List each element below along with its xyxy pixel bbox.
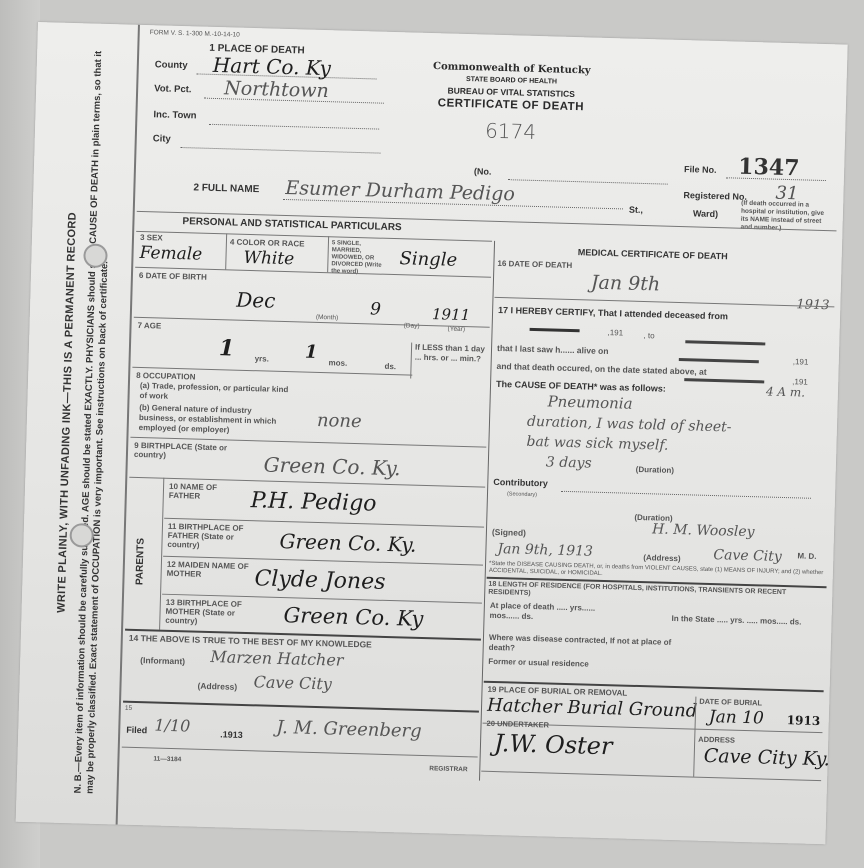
mother-name-label: 12 MAIDEN NAME OF MOTHER [167, 560, 257, 581]
file-no-value: 1347 [738, 154, 800, 182]
informant-label: (Informant) [140, 655, 185, 666]
burial-date-value: Jan 10 [709, 707, 764, 729]
md-label: M. D. [797, 551, 816, 561]
informant-address-value: Cave City [253, 672, 332, 693]
medical-address-value: Cave City [713, 547, 782, 565]
registrar-signature: J. M. Greenberg [276, 717, 422, 742]
residence-in-state: In the State ..... yrs. ..... mos..... d… [671, 614, 821, 628]
parents-side-label: PARENTS [134, 538, 146, 585]
burial-place-value: Hatcher Burial Ground [487, 695, 698, 722]
undertaker-address-value: Cave City Ky. [703, 745, 830, 771]
margin-strip: WRITE PLAINLY, WITH UNFADING INK—THIS IS… [16, 22, 140, 825]
signed-value: H. M. Woosley [652, 521, 755, 540]
last-saw-text: that I last saw h...... alive on [497, 343, 609, 356]
filed-year: .1913 [220, 729, 243, 740]
ink-notice: WRITE PLAINLY, WITH UNFADING INK—THIS IS… [56, 212, 79, 613]
informant-value: Marzen Hatcher [210, 647, 344, 670]
mother-birthplace-label: 13 BIRTHPLACE OF MOTHER (State or countr… [165, 598, 256, 628]
burial-year-value: 1913 [787, 713, 821, 728]
sex-label: 3 SEX [140, 233, 163, 243]
from-year: ,191 [607, 328, 623, 337]
medical-address-label: (Address) [643, 553, 681, 563]
signed-date: Jan 9th, 1913 [497, 541, 593, 560]
birthplace-label: 9 BIRTHPLACE (State or country) [134, 441, 254, 462]
registered-no-label: Registered No. [683, 190, 747, 202]
residence-at-place: At place of death ..... yrs...... mos...… [489, 601, 610, 624]
burial-date-label: DATE OF BURIAL [699, 697, 762, 708]
time-of-death: 4 A m. [766, 384, 806, 399]
full-name-value: Esumer Durham Pedigo [285, 177, 515, 205]
cause-line-4: 3 days [546, 454, 592, 471]
mother-name-value: Clyde Jones [254, 566, 386, 595]
cause-label: The CAUSE OF DEATH* was as follows: [496, 379, 666, 394]
occupation-value: none [317, 410, 362, 432]
personal-section-title: PERSONAL AND STATISTICAL PARTICULARS [182, 216, 401, 233]
age-months: 1 [305, 342, 318, 363]
vot-pct-value: Northtown [224, 77, 329, 102]
registrar-label: REGISTRAR [429, 765, 467, 773]
date-of-death-label: 16 DATE OF DEATH [497, 259, 572, 270]
sex-value: Female [139, 243, 202, 265]
cause-line-3: bat was sick myself. [526, 434, 668, 454]
former-residence: Former or usual residence [488, 657, 608, 670]
race-value: White [243, 248, 294, 269]
father-birthplace-label: 11 BIRTHPLACE OF FATHER (State or countr… [167, 522, 258, 552]
medical-section-title: MEDICAL CERTIFICATE OF DEATH [578, 247, 728, 261]
file-no-label: File No. [684, 164, 717, 175]
ward-label: Ward) [693, 208, 718, 219]
filed-section-no: 15 [125, 705, 132, 712]
county-value: Hart Co. Ky [213, 53, 332, 80]
st-label: St., [629, 205, 643, 215]
city-label: City [153, 133, 171, 144]
father-name-label: 10 NAME OF FATHER [169, 482, 249, 502]
occupation-b: (b) General nature of industry business,… [139, 403, 290, 437]
yrs-label: yrs. [255, 354, 269, 363]
instructions: N. B.—Every item of information should b… [72, 34, 117, 794]
filed-date: 1/10 [154, 716, 190, 736]
birthplace-value: Green Co. Ky. [263, 452, 400, 480]
form-number: FORM V. S. 1-300 M.-10-14-10 [150, 29, 240, 39]
last-saw-year: ,191 [793, 357, 809, 366]
date-of-death-value: Jan 9th [591, 272, 661, 296]
contributory-label: Contributory [493, 477, 548, 489]
dob-month: Dec [236, 288, 276, 313]
no-label: (No. [474, 166, 492, 176]
duration-label-1: (Duration) [636, 465, 674, 475]
less-than-label: If LESS than 1 day ... hrs. or ... min.? [415, 343, 486, 365]
father-birthplace-value: Green Co. Ky. [279, 529, 416, 557]
age-years: 1 [219, 335, 235, 361]
dob-label: 6 DATE OF BIRTH [139, 271, 207, 282]
dob-day: 9 [370, 299, 381, 319]
filed-label: Filed [126, 725, 147, 736]
form-code: 11—3184 [153, 756, 181, 764]
father-name-value: P.H. Pedigo [250, 488, 376, 517]
cause-line-2: duration, I was told of sheet- [527, 414, 732, 436]
secondary-label: (Secondary) [507, 491, 537, 498]
mos-label: mos. [328, 358, 347, 368]
county-label: County [155, 59, 188, 71]
undertaker-value: J.W. Oster [494, 729, 613, 760]
death-certificate: WRITE PLAINLY, WITH UNFADING INK—THIS IS… [16, 22, 848, 844]
undertaker-label: 20 UNDERTAKER [486, 719, 549, 730]
undertaker-address-label: ADDRESS [698, 735, 735, 745]
vot-pct-label: Vot. Pct. [154, 83, 192, 95]
death-occured-text: and that death occured, on the date stat… [496, 361, 706, 377]
mother-birthplace-value: Green Co. Ky [283, 603, 423, 631]
age-label: 7 AGE [137, 321, 161, 331]
full-name-label: 2 FULL NAME [193, 182, 259, 195]
stamp-number: 6174 [485, 119, 537, 144]
occupation-a: (a) Trade, profession, or particular kin… [139, 381, 289, 405]
marital-label: 5 SINGLE, MARRIED, WIDOWED, OR DIVORCED … [331, 240, 388, 277]
disease-contracted: Where was disease contracted, If not at … [489, 633, 689, 659]
dob-year: 1911 [432, 305, 471, 324]
marital-value: Single [399, 248, 457, 271]
commonwealth: Commonwealth of Kentucky [427, 61, 597, 77]
month-caption: (Month) [316, 314, 339, 322]
to-label: , to [643, 331, 654, 340]
ds-label: ds. [384, 362, 396, 371]
race-label: 4 COLOR OR RACE [230, 237, 305, 248]
inc-town-label: Inc. Town [153, 109, 196, 121]
occupation-label: 8 OCCUPATION [136, 371, 195, 382]
informant-address-label: (Address) [197, 681, 237, 692]
certify-text: 17 I HEREBY CERTIFY, That I attended dec… [498, 305, 728, 321]
signed-label: (Signed) [492, 527, 526, 538]
cause-line-1: Pneumonia [547, 392, 632, 412]
